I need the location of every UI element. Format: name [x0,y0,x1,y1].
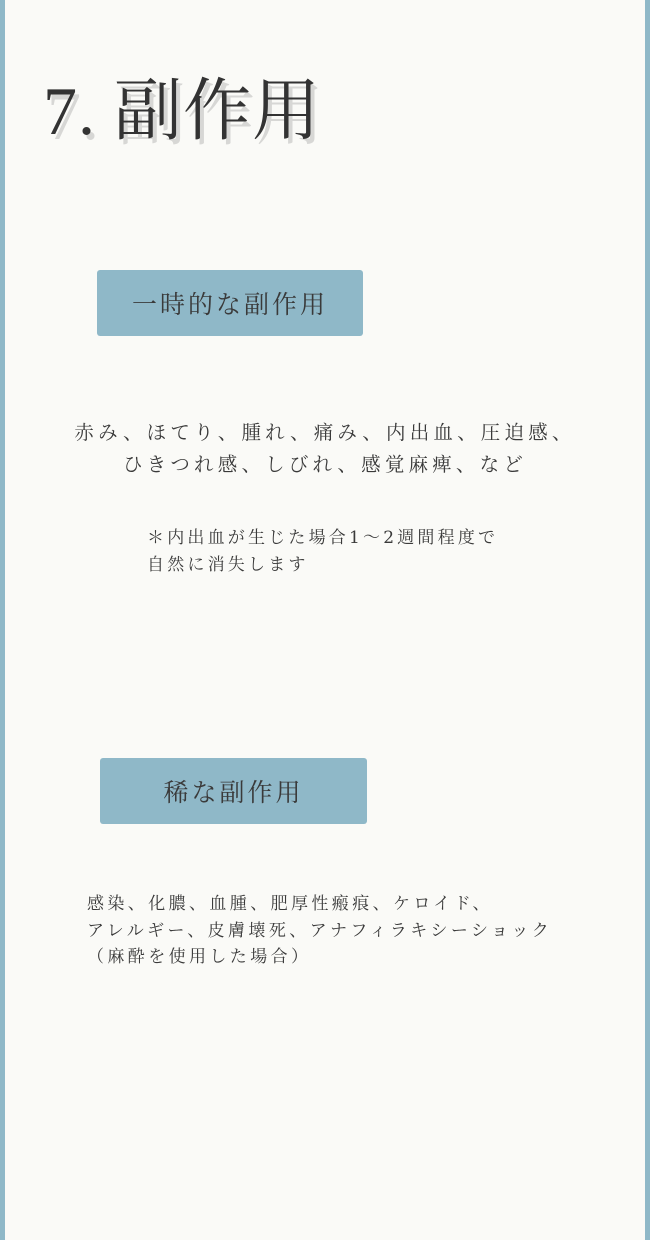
page-content: 7.副作用 一時的な副作用 赤み、ほてり、腫れ、痛み、内出血、圧迫感、 ひきつれ… [5,0,645,1240]
rare-side-effects-label: 稀な副作用 [100,758,367,824]
temporary-side-effects-label-text: 一時的な副作用 [132,285,328,321]
rare-side-effects-list: 感染、化膿、血腫、肥厚性瘢痕、ケロイド、 アレルギー、皮膚壊死、アナフィラキシー… [87,891,552,971]
bruise-note-line: 自然に消失します [147,552,498,579]
section-title: 7.副作用 [43,66,321,156]
rare-side-effects-label-text: 稀な副作用 [163,773,303,809]
temporary-side-effects-line: 赤み、ほてり、腫れ、痛み、内出血、圧迫感、 [5,417,645,449]
temporary-side-effects-label: 一時的な副作用 [97,270,363,336]
rare-side-effects-line: アレルギー、皮膚壊死、アナフィラキシーショック [87,918,552,945]
bruise-note-line: ＊内出血が生じた場合1～2週間程度で [147,525,498,552]
temporary-side-effects-line: ひきつれ感、しびれ、感覚麻痺、など [5,449,645,481]
temporary-side-effects-list: 赤み、ほてり、腫れ、痛み、内出血、圧迫感、 ひきつれ感、しびれ、感覚麻痺、など [5,417,645,481]
rare-side-effects-line: 感染、化膿、血腫、肥厚性瘢痕、ケロイド、 [87,891,552,918]
rare-side-effects-line: （麻酔を使用した場合） [87,944,552,971]
bruise-note: ＊内出血が生じた場合1～2週間程度で 自然に消失します [147,525,498,579]
section-number: 7. [43,73,96,149]
section-title-text: 副作用 [114,73,321,149]
